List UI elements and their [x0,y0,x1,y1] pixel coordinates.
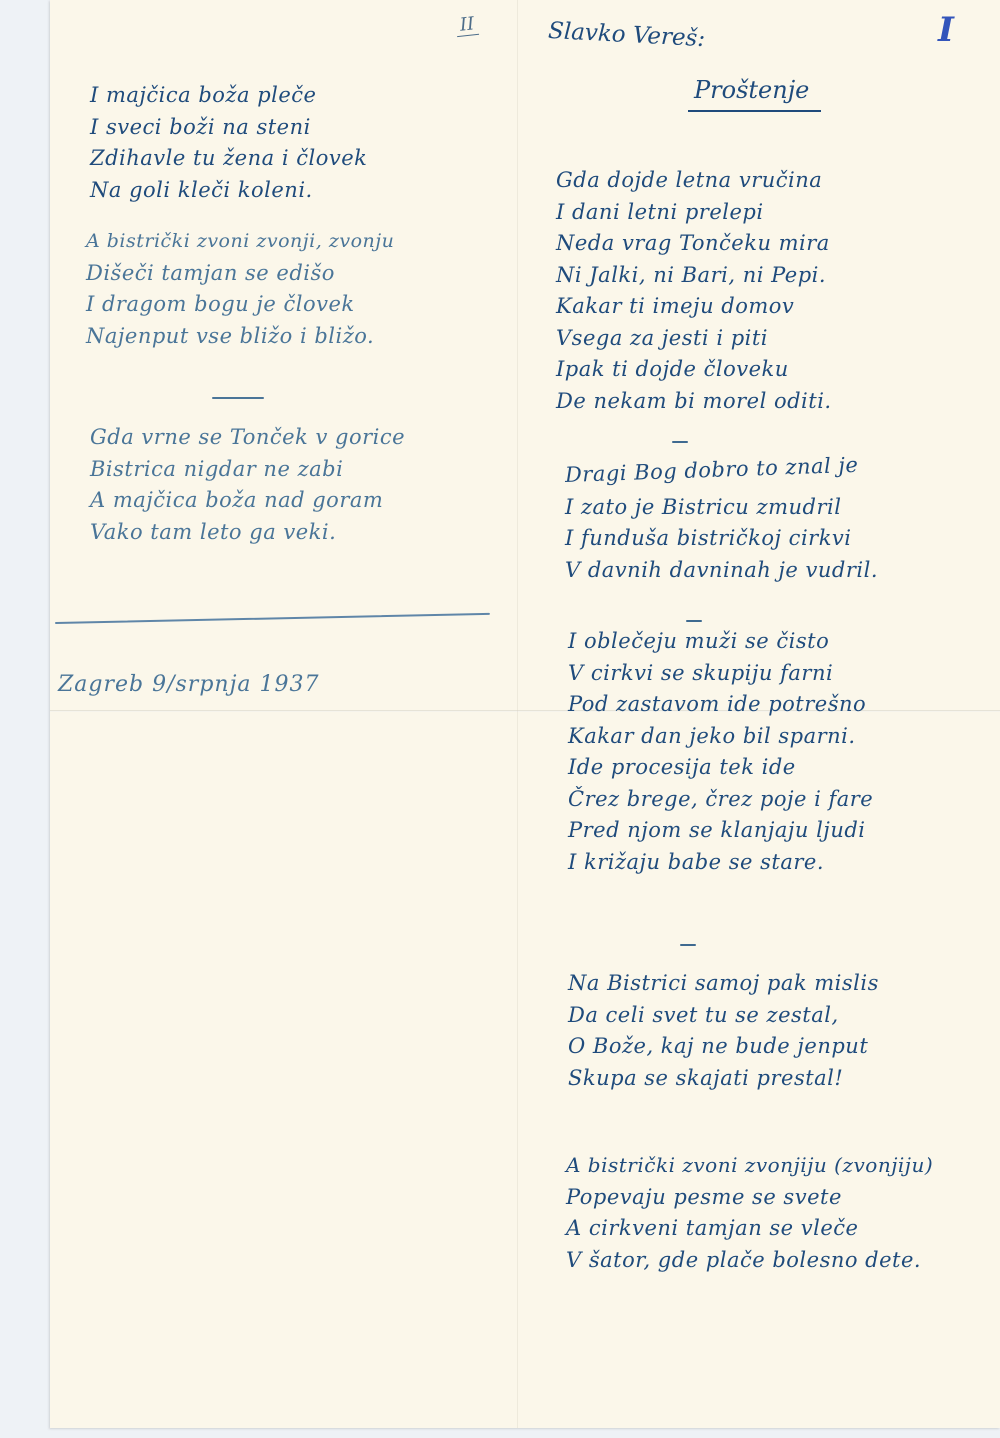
right-stanza-2: Dragi Bog dobro to znal je I zato je Bis… [565,460,878,586]
verse-line: Ni Jalki, ni Bari, ni Pepi. [556,260,832,292]
right-stanza-4: Na Bistrici samoj pak mislis Da celi sve… [568,968,879,1094]
poem-title: Proštenje [688,76,821,112]
verse-line: O Bože, kaj ne bude jenput [568,1031,879,1063]
verse-line: I dani letni prelepi [556,197,832,229]
verse-line: A bistrički zvoni zvonjiju (zvonjiju) [566,1150,933,1182]
pencil-page-mark: II [455,13,479,37]
stanza-separator [686,620,702,622]
verse-line: Na Bistrici samoj pak mislis [568,968,879,1000]
verse-line: V šator, gde plače bolesno dete. [566,1245,933,1277]
vertical-fold-crease [517,0,518,1428]
verse-line: I sveci boži na steni [90,112,367,144]
stanza-separator [672,441,688,443]
place-and-date: Zagreb 9/srpnja 1937 [58,672,319,697]
left-stanza-1: I majčica boža pleče I sveci boži na ste… [90,80,367,206]
verse-line: Skupa se skajati prestal! [568,1063,879,1095]
verse-line: V cirkvi se skupiju farni [568,658,873,690]
verse-line: Da celi svet tu se zestal, [568,1000,879,1032]
verse-line: Vsega za jesti i piti [556,323,832,355]
verse-line: Gda dojde letna vručina [556,165,832,197]
verse-line: Ide procesija tek ide [568,752,873,784]
verse-line: I oblečeju muži se čisto [568,626,873,658]
verse-line: Kakar dan jeko bil sparni. [568,721,873,753]
verse-line: I dragom bogu je človek [86,289,394,321]
blue-page-mark: I [938,10,954,50]
verse-line: Dišeči tamjan se edišo [86,258,394,290]
verse-line: I križaju babe se stare. [568,847,873,879]
verse-line: De nekam bi morel oditi. [556,386,832,418]
verse-line: I fundušа bistričkoj cirkvi [565,523,878,555]
verse-line: Ipak ti dojde človeku [556,354,832,386]
verse-line: I zato je Bistricu zmudril [565,492,878,524]
left-stanza-2: A bistrički zvoni zvonji, zvonju Dišeči … [86,226,394,352]
stanza-separator [680,944,696,946]
verse-line: Na goli kleči koleni. [90,175,367,207]
verse-line: Bistrica nigdar ne zabi [90,454,405,486]
verse-line: Črez brege, črez poje i fare [568,784,873,816]
verse-line: V davnih davninah je vudril. [565,555,878,587]
verse-line: Neda vrag Tončeku mira [556,228,832,260]
verse-line: Pred njom se klanjaju ljudi [568,815,873,847]
verse-line: Vako tam leto ga veki. [90,517,405,549]
verse-line: Pod zastavom ide potrešno [568,689,873,721]
verse-line: Gda vrne se Tonček v gorice [90,422,405,454]
verse-line: A cirkveni tamjan se vleče [566,1213,933,1245]
right-stanza-1: Gda dojde letna vručina I dani letni pre… [556,165,832,417]
right-stanza-3: I oblečeju muži se čisto V cirkvi se sku… [568,626,873,878]
verse-line: Zdihavle tu žena i človek [90,143,367,175]
verse-line: Najenput vse bližo i bližo. [86,321,394,353]
verse-line: I majčica boža pleče [90,80,367,112]
verse-line: A bistrički zvoni zvonji, zvonju [86,226,394,258]
verse-line: A majčica boža nad goram [90,485,405,517]
verse-line: Kakar ti imeju domov [556,291,832,323]
left-stanza-3: Gda vrne se Tonček v gorice Bistrica nig… [90,422,405,548]
right-stanza-5: A bistrički zvoni zvonjiju (zvonjiju) Po… [566,1150,933,1276]
verse-line: Popevaju pesme se svete [566,1182,933,1214]
stanza-separator [212,397,264,399]
